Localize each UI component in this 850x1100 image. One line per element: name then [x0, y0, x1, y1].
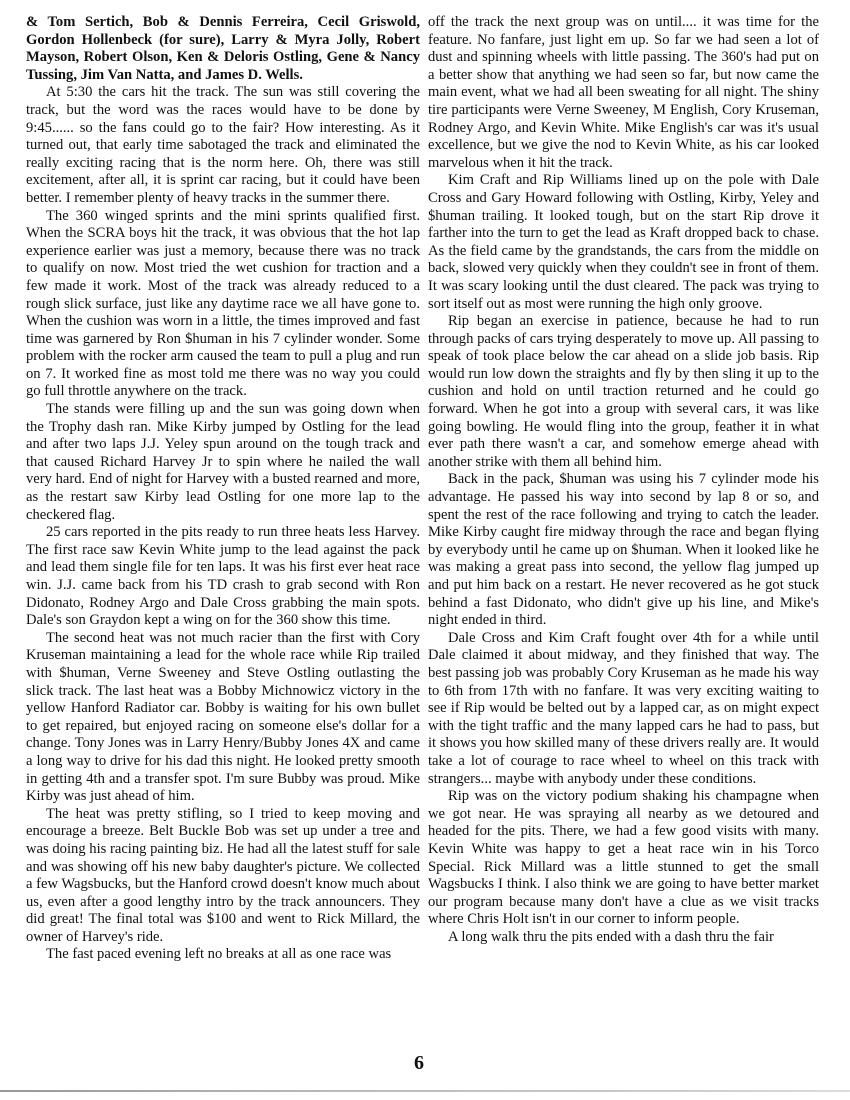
paragraph: Back in the pack, $human was using his 7… — [428, 471, 819, 629]
paragraph: At 5:30 the cars hit the track. The sun … — [26, 84, 420, 207]
paragraph: The fast paced evening left no breaks at… — [26, 946, 420, 964]
newsletter-page: & Tom Sertich, Bob & Dennis Ferreira, Ce… — [0, 0, 850, 1100]
paragraph-continuation: off the track the next group was on unti… — [428, 14, 819, 172]
page-number: 6 — [414, 1052, 424, 1075]
paragraph: Dale Cross and Kim Craft fought over 4th… — [428, 630, 819, 788]
paragraph: The 360 winged sprints and the mini spri… — [26, 208, 420, 402]
paragraph: Kim Craft and Rip Williams lined up on t… — [428, 172, 819, 313]
paragraph: 25 cars reported in the pits ready to ru… — [26, 524, 420, 630]
paragraph: Rip was on the victory podium shaking hi… — [428, 788, 819, 929]
paragraph: Rip began an exercise in patience, becau… — [428, 313, 819, 471]
right-column: off the track the next group was on unti… — [428, 14, 819, 946]
attendee-names: & Tom Sertich, Bob & Dennis Ferreira, Ce… — [26, 14, 420, 84]
left-column: & Tom Sertich, Bob & Dennis Ferreira, Ce… — [26, 14, 420, 964]
paragraph: A long walk thru the pits ended with a d… — [428, 929, 819, 947]
paragraph: The heat was pretty stifling, so I tried… — [26, 806, 420, 947]
page-bottom-edge — [0, 1090, 850, 1092]
paragraph: The stands were filling up and the sun w… — [26, 401, 420, 524]
paragraph: The second heat was not much racier than… — [26, 630, 420, 806]
